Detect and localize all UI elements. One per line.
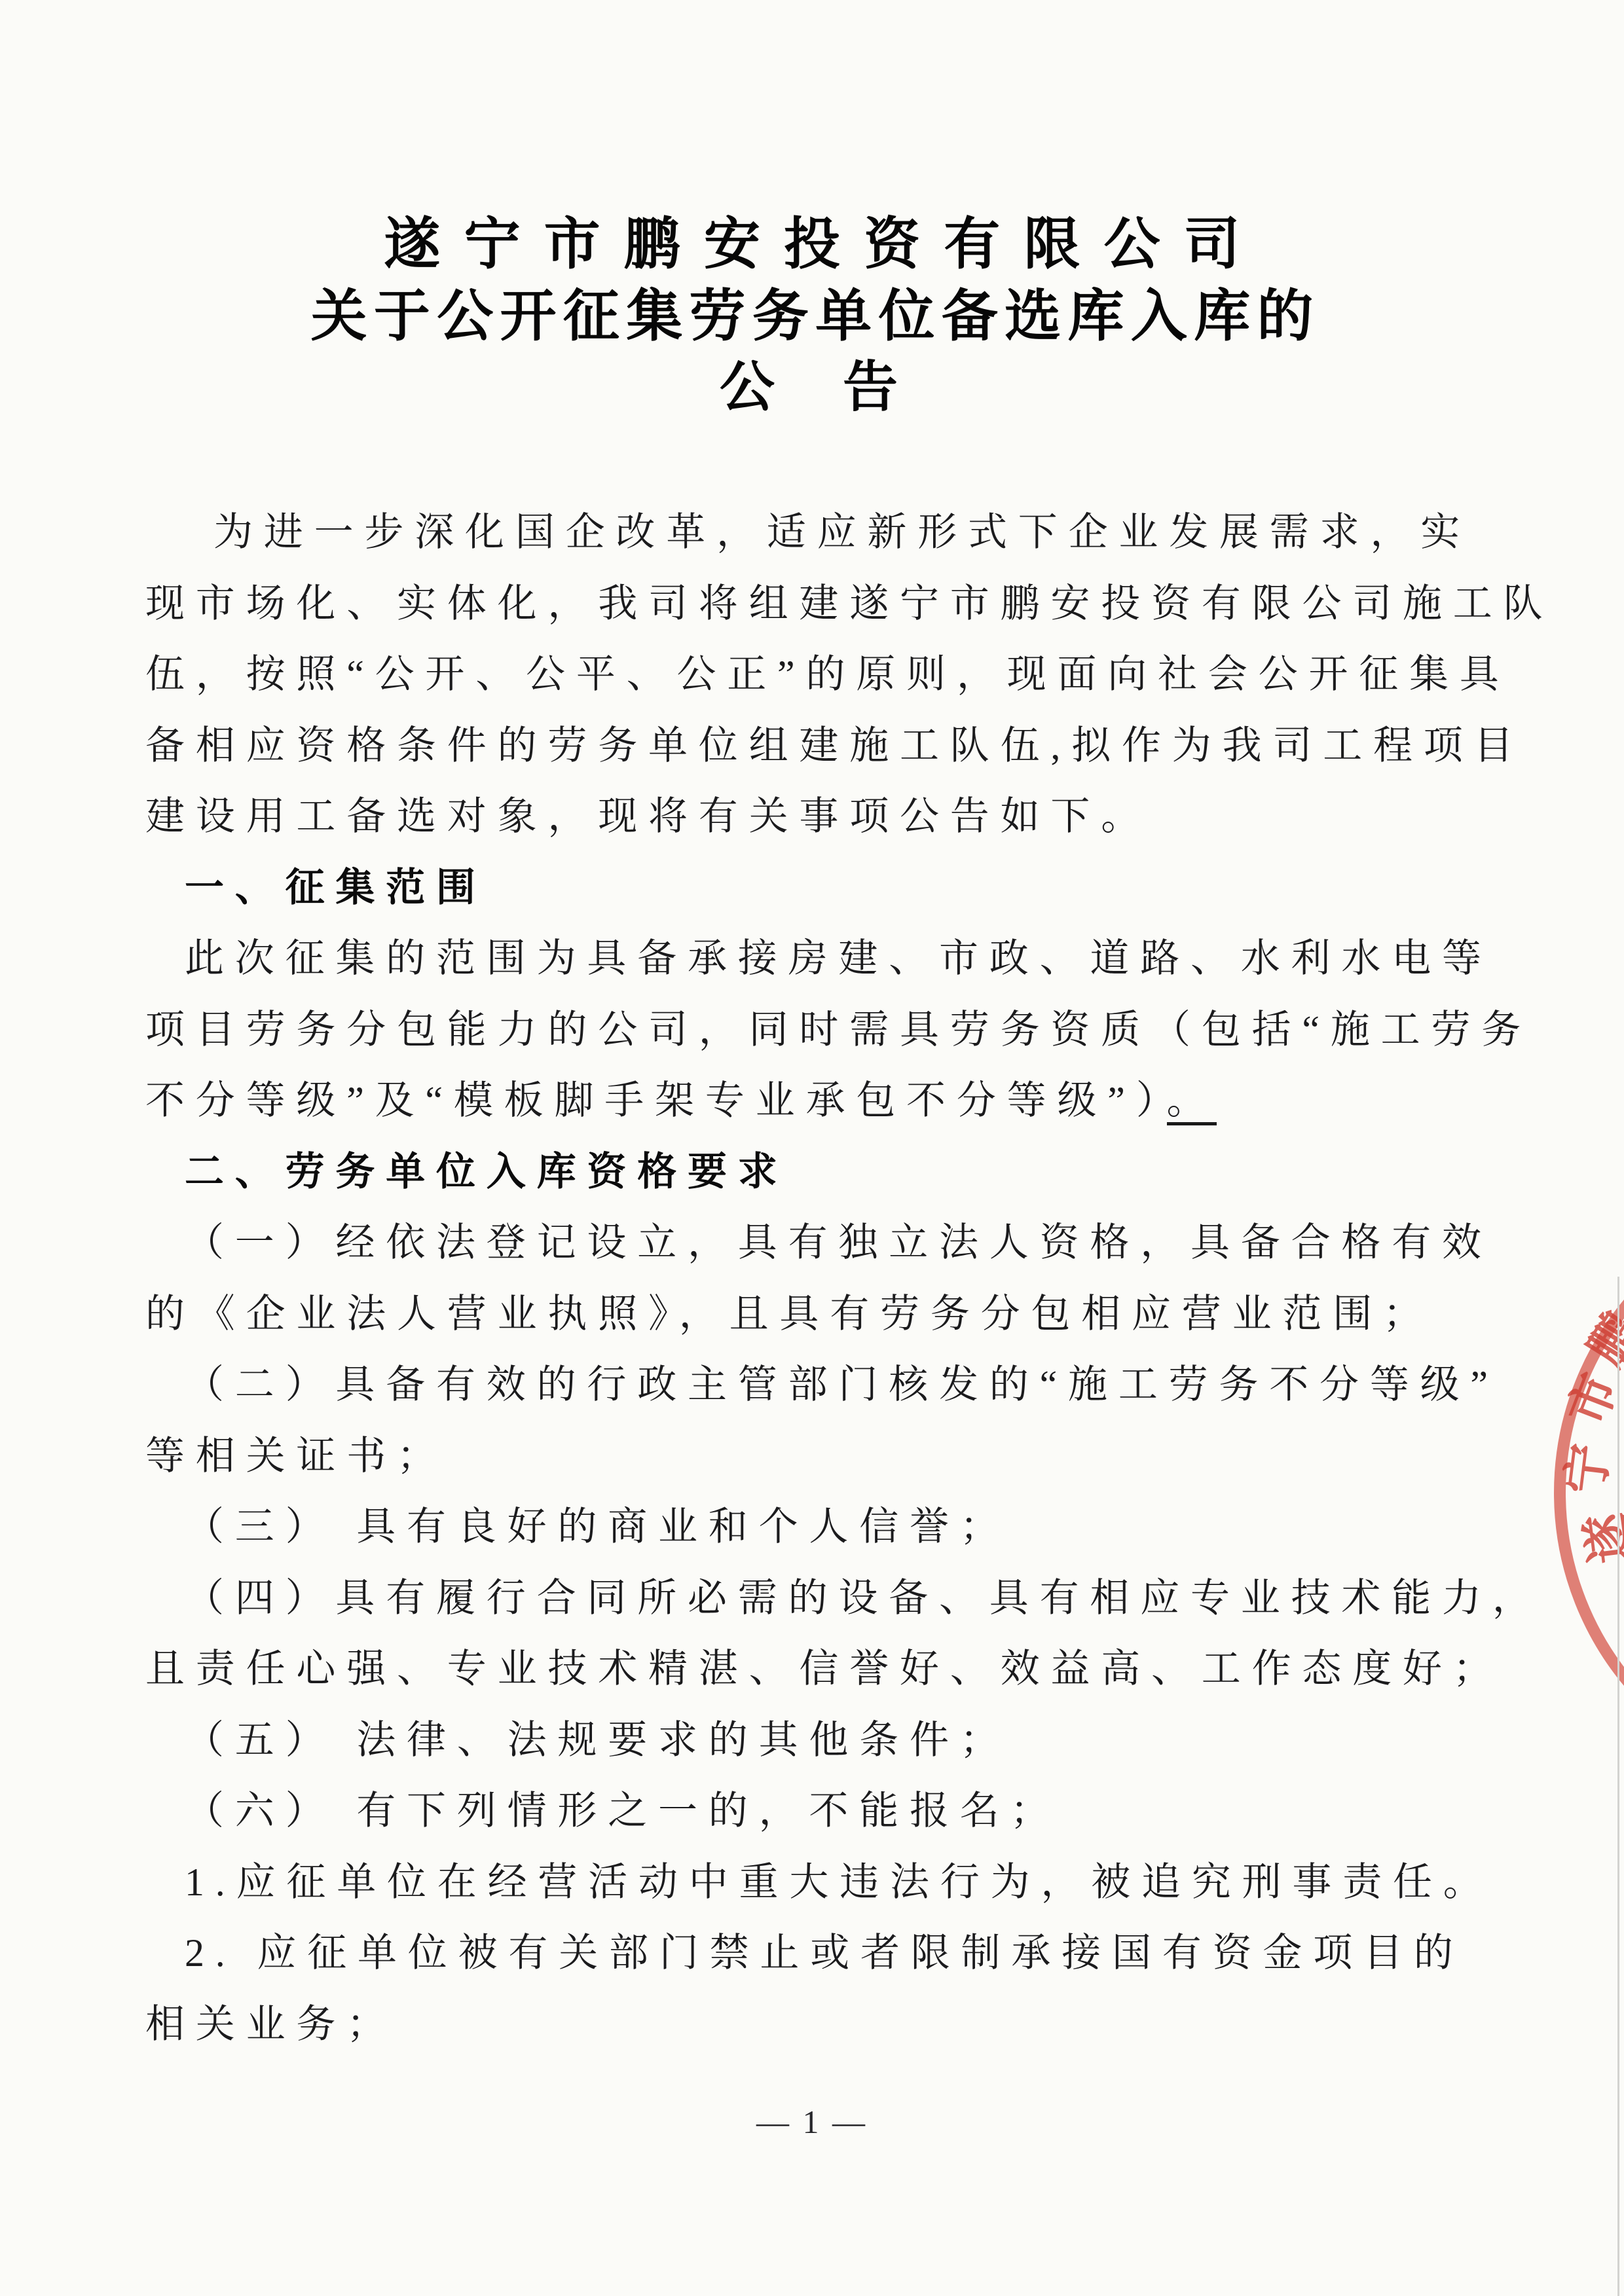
text-line: 1.应征单位在经营活动中重大违法行为，被追究刑事责任。 bbox=[145, 1847, 1560, 1918]
text-line: 的《企业法人营业执照》，且具有劳务分包相应营业范围； bbox=[145, 1279, 1560, 1350]
text-line: 不分等级”及“模板脚手架专业承包不分等级”）。 bbox=[145, 1065, 1560, 1137]
seal-character: 市 bbox=[1562, 1368, 1624, 1432]
text-line: 备相应资格条件的劳务单位组建施工队伍,拟作为我司工程项目 bbox=[145, 710, 1560, 782]
page-number: — 1 — bbox=[0, 2103, 1624, 2141]
text-line: 相关业务； bbox=[145, 1989, 1560, 2060]
seal-ring-icon bbox=[1554, 1192, 1624, 1794]
text-line: （六） 有下列情形之一的，不能报名； bbox=[145, 1776, 1560, 1847]
seal-character: 宁 bbox=[1561, 1442, 1617, 1497]
title-line-subject: 关于公开征集劳务单位备选库入库的 bbox=[0, 280, 1624, 352]
text-line: （一）经依法登记设立，具有独立法人资格，具备合格有效 bbox=[145, 1207, 1560, 1279]
scan-edge-shadow bbox=[1617, 1277, 1619, 2296]
section-heading: 二、劳务单位入库资格要求 bbox=[145, 1137, 1560, 1208]
document-title: 遂宁市鹏安投资有限公司 关于公开征集劳务单位备选库入库的 公 告 bbox=[0, 208, 1624, 424]
scanned-document-page: 遂宁市鹏安投资有限公司 关于公开征集劳务单位备选库入库的 公 告 为进一步深化国… bbox=[0, 0, 1624, 2296]
title-line-company: 遂宁市鹏安投资有限公司 bbox=[0, 208, 1624, 280]
title-line-announcement: 公 告 bbox=[0, 352, 1624, 424]
section-heading: 一、征集范围 bbox=[145, 852, 1560, 924]
text-line: 项目劳务分包能力的公司，同时需具劳务资质（包括“施工劳务 bbox=[145, 994, 1560, 1066]
text-line: 此次征集的范围为具备承接房建、市政、道路、水利水电等 bbox=[145, 923, 1560, 994]
text-line: （三） 具有良好的商业和个人信誉； bbox=[145, 1491, 1560, 1563]
text-line: 伍，按照“公开、公平、公正”的原则，现面向社会公开征集具 bbox=[145, 639, 1560, 710]
text-line: 为进一步深化国企改革，适应新形式下企业发展需求，实 bbox=[145, 497, 1560, 568]
document-body: 为进一步深化国企改革，适应新形式下企业发展需求，实现市场化、实体化，我司将组建遂… bbox=[145, 497, 1560, 2060]
text-line: 现市场化、实体化，我司将组建遂宁市鹏安投资有限公司施工队 bbox=[145, 568, 1560, 640]
text-line: （二）具备有效的行政主管部门核发的“施工劳务不分等级” bbox=[145, 1349, 1560, 1421]
underlined-text: 。 bbox=[1167, 1079, 1217, 1125]
text-line: 等相关证书； bbox=[145, 1421, 1560, 1492]
text-line: （四）具有履行合同所必需的设备、具有相应专业技术能力， bbox=[145, 1563, 1560, 1634]
text-line: 2. 应征单位被有关部门禁止或者限制承接国有资金项目的 bbox=[145, 1918, 1560, 1989]
text-line: 且责任心强、专业技术精湛、信誉好、效益高、工作态度好； bbox=[145, 1633, 1560, 1705]
text-line: 建设用工备选对象，现将有关事项公告如下。 bbox=[145, 781, 1560, 852]
text-line: （五） 法律、法规要求的其他条件； bbox=[145, 1705, 1560, 1776]
